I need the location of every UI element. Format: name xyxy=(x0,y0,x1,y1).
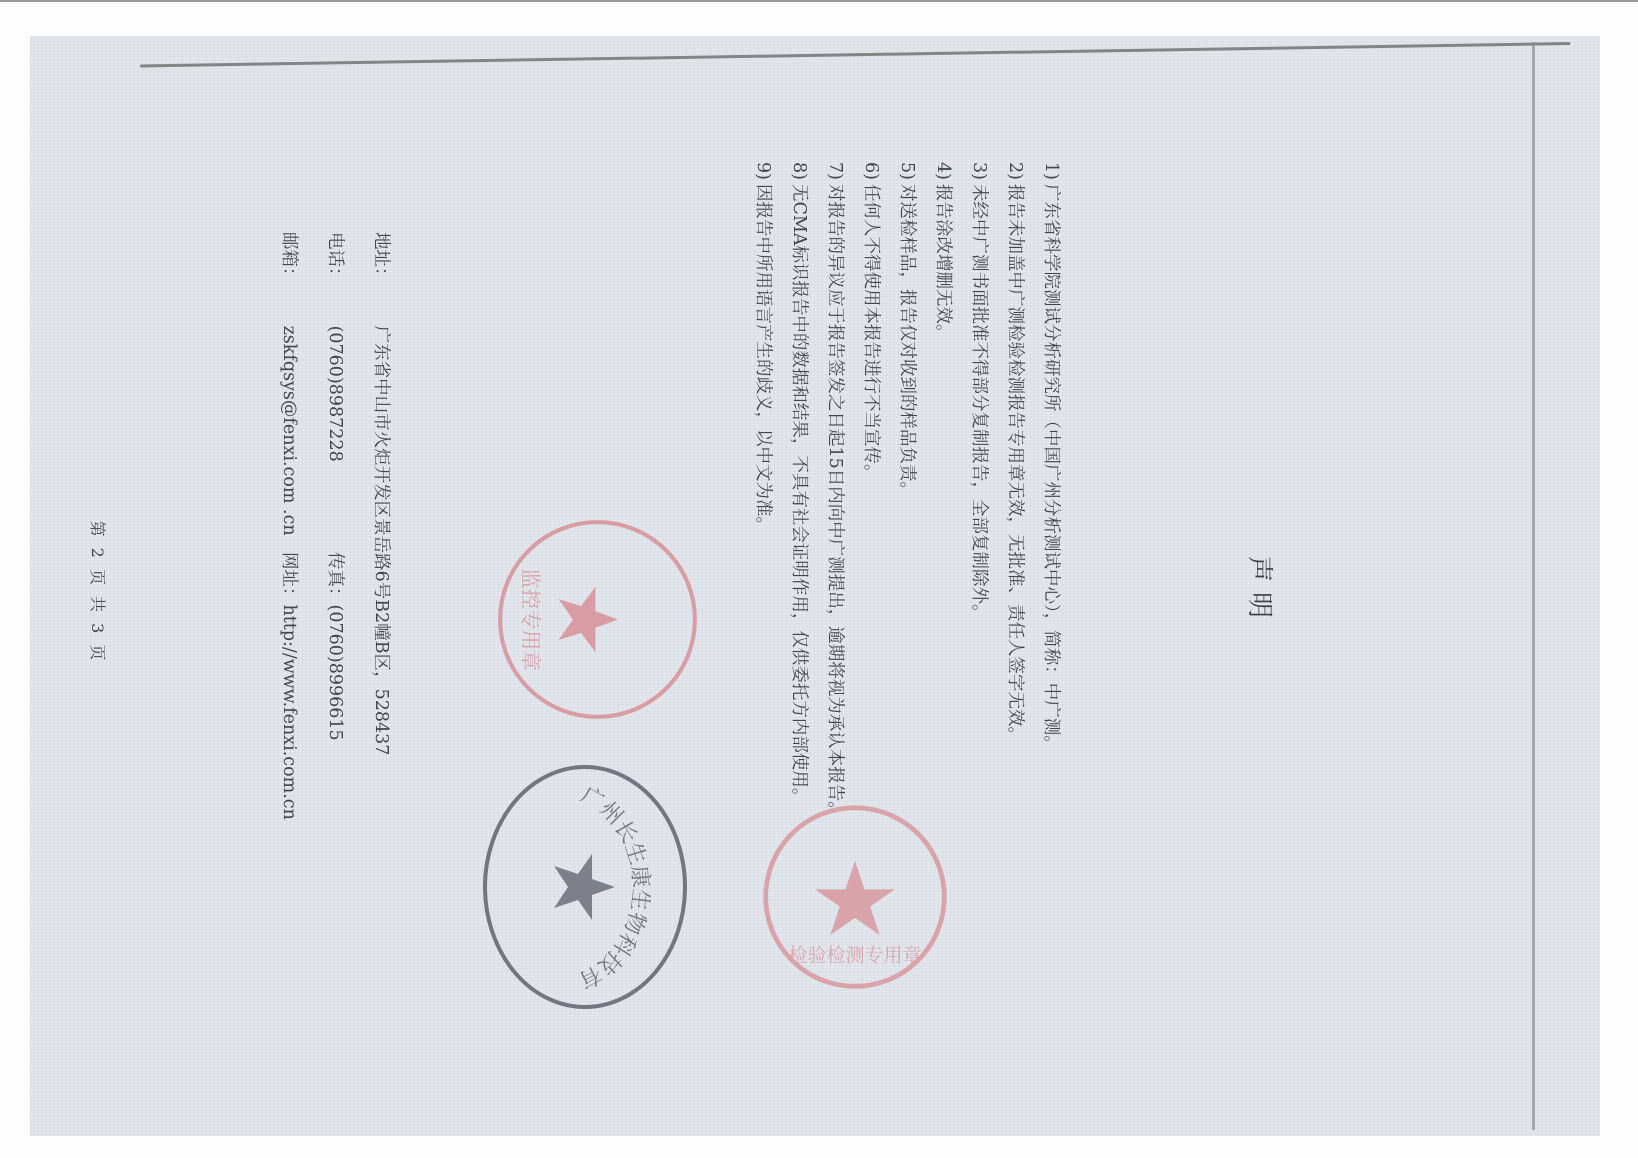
clause-item: 2)报告未加盖中广测检验检测报告专用章无效，无批准、责任人签字无效。 xyxy=(988,162,1024,1082)
website-link[interactable]: http://www.fenxi.com.cn xyxy=(279,605,299,820)
page-title: 声明 xyxy=(1243,42,1280,1142)
company-stamp: 广州长生康生物科技有限公司 xyxy=(480,762,690,1012)
scan-frame: 声明 1)广东省科学院测试分析研究所（中国广州分析测试中心），简称：中广测。 2… xyxy=(0,0,1638,1158)
inspection-stamp: 检验检测专用章 xyxy=(760,802,950,992)
stamp-seal-icon: 检验检测专用章 xyxy=(760,802,950,992)
page-indicator: 第 2 页 共 3 页 xyxy=(87,42,110,1142)
paper-edge xyxy=(1532,42,1535,1130)
email-web-row: 邮箱： zskfqsys@fenxi.com .cn 网址：http://www… xyxy=(257,232,303,1092)
website-label: 网址： xyxy=(279,552,299,605)
address-label: 地址： xyxy=(370,232,395,320)
contact-block: 地址： 广东省中山市火炬开发区景岳路6号B2幢B区，528437 电话： (07… xyxy=(257,232,395,1092)
fax-value: (0760)8996615 xyxy=(325,605,345,741)
address-value: 广东省中山市火炬开发区景岳路6号B2幢B区，528437 xyxy=(371,326,391,756)
clause-item: 1)广东省科学院测试分析研究所（中国广州分析测试中心），简称：中广测。 xyxy=(1024,162,1060,1082)
phone-value: (0760)8987228 xyxy=(325,326,345,462)
svg-text:检验检测专用章: 检验检测专用章 xyxy=(788,945,921,967)
fax-label: 传真： xyxy=(325,552,345,605)
clause-item: 3)未经中广测书面批准不得部分复制报告，全部复制除外。 xyxy=(952,162,988,1082)
email-value[interactable]: zskfqsys@fenxi.com .cn xyxy=(279,326,299,536)
phone-label: 电话： xyxy=(324,232,349,320)
svg-text:监控专用章: 监控专用章 xyxy=(519,568,543,671)
email-label: 邮箱： xyxy=(278,232,303,320)
declaration-page: 声明 1)广东省科学院测试分析研究所（中国广州分析测试中心），简称：中广测。 2… xyxy=(30,42,1530,1142)
phone-fax-row: 电话： (0760)8987228 传真：(0760)8996615 xyxy=(303,232,349,1092)
address-row: 地址： 广东省中山市火炬开发区景岳路6号B2幢B区，528437 xyxy=(349,232,395,1092)
website-group: 网址：http://www.fenxi.com.cn xyxy=(278,552,303,820)
fax-group: 传真：(0760)8996615 xyxy=(324,552,349,741)
monitoring-stamp: 监控专用章 xyxy=(495,517,700,722)
stamp-seal-icon: 广州长生康生物科技有限公司 xyxy=(480,762,690,1012)
stamp-seal-icon: 监控专用章 xyxy=(495,517,700,722)
